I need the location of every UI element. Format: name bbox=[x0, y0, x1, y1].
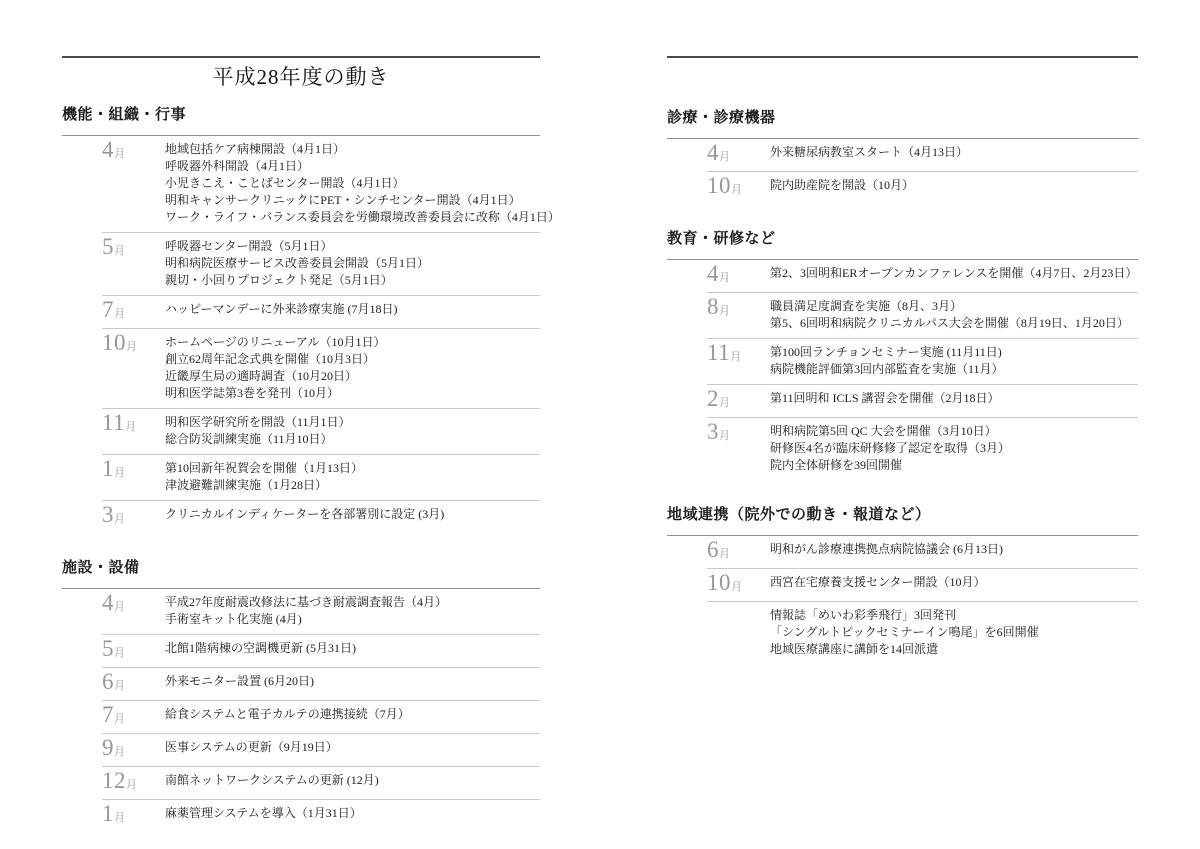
month-suffix: 月 bbox=[114, 467, 125, 479]
month-label: 2月 bbox=[707, 387, 770, 411]
month-suffix: 月 bbox=[719, 151, 730, 163]
month-number: 11 bbox=[707, 340, 730, 365]
event-list: 第11回明和 ICLS 講習会を開催（2月18日） bbox=[770, 390, 1138, 407]
month-label: 10月 bbox=[102, 331, 165, 355]
right-top-rule bbox=[667, 56, 1138, 58]
month-suffix: 月 bbox=[719, 548, 730, 560]
month-number: 9 bbox=[102, 735, 114, 760]
event-item: 北館1階病棟の空調機更新 (5月31日) bbox=[165, 640, 540, 657]
month-label: 10月 bbox=[707, 174, 770, 198]
month-group: 3月クリニカルインディケーターを各部署別に設定 (3月) bbox=[62, 501, 540, 533]
event-item: 創立62周年記念式典を開催（10月3日） bbox=[165, 351, 540, 368]
month-number: 4 bbox=[707, 261, 719, 286]
page-title: 平成28年度の動き bbox=[62, 64, 540, 90]
page: 平成28年度の動き 機能・組織・行事4月地域包括ケア病棟開設（4月1日）呼吸器外… bbox=[0, 0, 1200, 849]
month-label: 5月 bbox=[102, 235, 165, 259]
month-number: 4 bbox=[102, 590, 114, 615]
event-item: 小児きこえ・ことばセンター開設（4月1日） bbox=[165, 175, 540, 192]
event-item: 地域医療講座に講師を14回派遣 bbox=[770, 641, 1138, 658]
event-list: クリニカルインディケーターを各部署別に設定 (3月) bbox=[165, 506, 540, 523]
event-item: 南館ネットワークシステムの更新 (12月) bbox=[165, 772, 540, 789]
month-suffix: 月 bbox=[114, 148, 125, 160]
event-item: ハッピーマンデーに外来診療実施 (7月18日) bbox=[165, 301, 540, 318]
month-label: 11月 bbox=[707, 341, 770, 365]
event-item: 明和病院第5回 QC 大会を開催（3月10日） bbox=[770, 423, 1138, 440]
month-number: 7 bbox=[102, 702, 114, 727]
month-number: 6 bbox=[707, 537, 719, 562]
month-group: 4月第2、3回明和ERオープンカンファレンスを開催（4月7日、2月23日） bbox=[667, 260, 1138, 292]
month-number: 1 bbox=[102, 456, 114, 481]
section-heading: 診療・診療機器 bbox=[667, 108, 1138, 128]
event-list: 情報誌「めいわ彩季飛行」3回発刊「シングルトピックセミナーイン鳴尾」を6回開催地… bbox=[770, 607, 1138, 658]
event-item: 病院機能評価第3回内部監査を実施（11月） bbox=[770, 361, 1138, 378]
section: 機能・組織・行事4月地域包括ケア病棟開設（4月1日）呼吸器外科開設（4月1日）小… bbox=[62, 105, 540, 533]
month-number: 11 bbox=[102, 410, 125, 435]
event-item: 「シングルトピックセミナーイン鳴尾」を6回開催 bbox=[770, 624, 1138, 641]
right-column: 診療・診療機器4月外来糖尿病教室スタート（4月13日）10月院内助産院を開設（1… bbox=[667, 56, 1138, 664]
event-list: 医事システムの更新（9月19日） bbox=[165, 739, 540, 756]
event-item: 明和がん診療連携拠点病院協議会 (6月13日) bbox=[770, 541, 1138, 558]
month-label: 4月 bbox=[102, 138, 165, 162]
event-list: 明和病院第5回 QC 大会を開催（3月10日）研修医4名が臨床研修修了認定を取得… bbox=[770, 423, 1138, 474]
section-heading: 施設・設備 bbox=[62, 558, 540, 578]
month-number: 5 bbox=[102, 636, 114, 661]
left-sections: 機能・組織・行事4月地域包括ケア病棟開設（4月1日）呼吸器外科開設（4月1日）小… bbox=[62, 105, 540, 832]
month-number: 10 bbox=[102, 330, 126, 355]
month-suffix: 月 bbox=[719, 430, 730, 442]
event-list: 外来糖尿病教室スタート（4月13日） bbox=[770, 144, 1138, 161]
month-label: 7月 bbox=[102, 703, 165, 727]
event-item: 職員満足度調査を実施（8月、3月） bbox=[770, 298, 1138, 315]
event-item: 院内全体研修を39回開催 bbox=[770, 457, 1138, 474]
month-label: 7月 bbox=[102, 298, 165, 322]
left-top-rule bbox=[62, 56, 540, 58]
event-item: 麻薬管理システムを導入（1月31日） bbox=[165, 805, 540, 822]
month-label: 4月 bbox=[707, 262, 770, 286]
event-item: クリニカルインディケーターを各部署別に設定 (3月) bbox=[165, 506, 540, 523]
event-item: 給食システムと電子カルテの連携接続（7月） bbox=[165, 706, 540, 723]
month-label: 5月 bbox=[102, 637, 165, 661]
month-number: 12 bbox=[102, 768, 126, 793]
month-group: 6月明和がん診療連携拠点病院協議会 (6月13日) bbox=[667, 536, 1138, 568]
month-label: 6月 bbox=[707, 538, 770, 562]
section-heading: 地域連携（院外での動き・報道など） bbox=[667, 505, 1138, 525]
month-number: 3 bbox=[102, 502, 114, 527]
month-group: 情報誌「めいわ彩季飛行」3回発刊「シングルトピックセミナーイン鳴尾」を6回開催地… bbox=[667, 602, 1138, 664]
month-suffix: 月 bbox=[114, 812, 125, 824]
month-group: 4月外来糖尿病教室スタート（4月13日） bbox=[667, 139, 1138, 171]
event-item: ホームページのリニューアル（10月1日） bbox=[165, 334, 540, 351]
month-label: 3月 bbox=[102, 503, 165, 527]
event-list: 平成27年度耐震改修法に基づき耐震調査報告（4月）手術室キット化実施 (4月) bbox=[165, 594, 540, 628]
event-item: 平成27年度耐震改修法に基づき耐震調査報告（4月） bbox=[165, 594, 540, 611]
event-item: 明和病院医療サービス改善委員会開設（5月1日） bbox=[165, 255, 540, 272]
event-list: ホームページのリニューアル（10月1日）創立62周年記念式典を開催（10月3日）… bbox=[165, 334, 540, 402]
event-list: 第2、3回明和ERオープンカンファレンスを開催（4月7日、2月23日） bbox=[770, 265, 1138, 282]
event-item: 第5、6回明和病院クリニカルパス大会を開催（8月19日、1月20日） bbox=[770, 315, 1138, 332]
event-item: 明和医学誌第3巻を発刊（10月） bbox=[165, 385, 540, 402]
event-item: 地域包括ケア病棟開設（4月1日） bbox=[165, 141, 540, 158]
month-group: 5月呼吸器センター開設（5月1日）明和病院医療サービス改善委員会開設（5月1日）… bbox=[62, 233, 540, 295]
month-suffix: 月 bbox=[126, 779, 137, 791]
month-label: 1月 bbox=[102, 457, 165, 481]
month-suffix: 月 bbox=[125, 421, 136, 433]
event-item: 明和医学研究所を開設（11月1日） bbox=[165, 414, 540, 431]
month-group: 4月地域包括ケア病棟開設（4月1日）呼吸器外科開設（4月1日）小児きこえ・ことば… bbox=[62, 136, 540, 232]
month-suffix: 月 bbox=[114, 680, 125, 692]
event-list: 職員満足度調査を実施（8月、3月）第5、6回明和病院クリニカルパス大会を開催（8… bbox=[770, 298, 1138, 332]
month-group: 9月医事システムの更新（9月19日） bbox=[62, 734, 540, 766]
section-heading: 教育・研修など bbox=[667, 229, 1138, 249]
event-item: 総合防災訓練実施（11月10日） bbox=[165, 431, 540, 448]
month-group: 7月給食システムと電子カルテの連携接続（7月） bbox=[62, 701, 540, 733]
event-list: ハッピーマンデーに外来診療実施 (7月18日) bbox=[165, 301, 540, 318]
month-label: 4月 bbox=[707, 141, 770, 165]
month-label: 1月 bbox=[102, 802, 165, 826]
month-number: 2 bbox=[707, 386, 719, 411]
event-list: 第10回新年祝賀会を開催（1月13日）津波避難訓練実施（1月28日） bbox=[165, 460, 540, 494]
event-list: 西宮在宅療養支援センター開設（10月） bbox=[770, 574, 1138, 591]
event-list: 南館ネットワークシステムの更新 (12月) bbox=[165, 772, 540, 789]
month-label: 10月 bbox=[707, 571, 770, 595]
section-heading: 機能・組織・行事 bbox=[62, 105, 540, 125]
month-suffix: 月 bbox=[719, 305, 730, 317]
month-number: 1 bbox=[102, 801, 114, 826]
event-item: 第10回新年祝賀会を開催（1月13日） bbox=[165, 460, 540, 477]
month-suffix: 月 bbox=[719, 272, 730, 284]
section: 診療・診療機器4月外来糖尿病教室スタート（4月13日）10月院内助産院を開設（1… bbox=[667, 108, 1138, 204]
event-item: 津波避難訓練実施（1月28日） bbox=[165, 477, 540, 494]
month-suffix: 月 bbox=[114, 601, 125, 613]
month-group: 7月ハッピーマンデーに外来診療実施 (7月18日) bbox=[62, 296, 540, 328]
month-suffix: 月 bbox=[114, 713, 125, 725]
event-item: 親切・小回りプロジェクト発足（5月1日） bbox=[165, 272, 540, 289]
event-list: 院内助産院を開設（10月） bbox=[770, 177, 1138, 194]
event-item: 第100回ランチョンセミナー実施 (11月11日) bbox=[770, 344, 1138, 361]
event-item: 手術室キット化実施 (4月) bbox=[165, 611, 540, 628]
month-suffix: 月 bbox=[719, 397, 730, 409]
month-suffix: 月 bbox=[114, 308, 125, 320]
month-number: 4 bbox=[102, 137, 114, 162]
month-group: 11月明和医学研究所を開設（11月1日）総合防災訓練実施（11月10日） bbox=[62, 409, 540, 454]
month-label: 6月 bbox=[102, 670, 165, 694]
month-number: 10 bbox=[707, 570, 731, 595]
month-suffix: 月 bbox=[731, 184, 742, 196]
month-group: 3月明和病院第5回 QC 大会を開催（3月10日）研修医4名が臨床研修修了認定を… bbox=[667, 418, 1138, 480]
section: 施設・設備4月平成27年度耐震改修法に基づき耐震調査報告（4月）手術室キット化実… bbox=[62, 558, 540, 832]
month-label: 11月 bbox=[102, 411, 165, 435]
event-item: 呼吸器外科開設（4月1日） bbox=[165, 158, 540, 175]
event-item: 西宮在宅療養支援センター開設（10月） bbox=[770, 574, 1138, 591]
month-suffix: 月 bbox=[730, 351, 741, 363]
month-number: 6 bbox=[102, 669, 114, 694]
month-group: 10月ホームページのリニューアル（10月1日）創立62周年記念式典を開催（10月… bbox=[62, 329, 540, 408]
event-item: 第11回明和 ICLS 講習会を開催（2月18日） bbox=[770, 390, 1138, 407]
event-list: 北館1階病棟の空調機更新 (5月31日) bbox=[165, 640, 540, 657]
section: 教育・研修など4月第2、3回明和ERオープンカンファレンスを開催（4月7日、2月… bbox=[667, 229, 1138, 480]
event-list: 麻薬管理システムを導入（1月31日） bbox=[165, 805, 540, 822]
month-label: 9月 bbox=[102, 736, 165, 760]
event-item: 医事システムの更新（9月19日） bbox=[165, 739, 540, 756]
section: 地域連携（院外での動き・報道など）6月明和がん診療連携拠点病院協議会 (6月13… bbox=[667, 505, 1138, 664]
month-group: 1月麻薬管理システムを導入（1月31日） bbox=[62, 800, 540, 832]
month-group: 4月平成27年度耐震改修法に基づき耐震調査報告（4月）手術室キット化実施 (4月… bbox=[62, 589, 540, 634]
month-number: 4 bbox=[707, 140, 719, 165]
month-suffix: 月 bbox=[114, 746, 125, 758]
month-group: 5月北館1階病棟の空調機更新 (5月31日) bbox=[62, 635, 540, 667]
event-item: 情報誌「めいわ彩季飛行」3回発刊 bbox=[770, 607, 1138, 624]
event-list: 外来モニター設置 (6月20日) bbox=[165, 673, 540, 690]
event-list: 地域包括ケア病棟開設（4月1日）呼吸器外科開設（4月1日）小児きこえ・ことばセン… bbox=[165, 141, 540, 226]
month-suffix: 月 bbox=[114, 513, 125, 525]
event-item: 呼吸器センター開設（5月1日） bbox=[165, 238, 540, 255]
event-item: 明和キャンサークリニックにPET・シンチセンター開設（4月1日） bbox=[165, 192, 540, 209]
month-number: 10 bbox=[707, 173, 731, 198]
month-number: 7 bbox=[102, 297, 114, 322]
month-group: 10月院内助産院を開設（10月） bbox=[667, 172, 1138, 204]
month-group: 10月西宮在宅療養支援センター開設（10月） bbox=[667, 569, 1138, 601]
event-list: 明和医学研究所を開設（11月1日）総合防災訓練実施（11月10日） bbox=[165, 414, 540, 448]
event-item: 外来モニター設置 (6月20日) bbox=[165, 673, 540, 690]
left-column: 平成28年度の動き 機能・組織・行事4月地域包括ケア病棟開設（4月1日）呼吸器外… bbox=[62, 56, 540, 832]
month-suffix: 月 bbox=[114, 245, 125, 257]
month-group: 11月第100回ランチョンセミナー実施 (11月11日)病院機能評価第3回内部監… bbox=[667, 339, 1138, 384]
month-label: 12月 bbox=[102, 769, 165, 793]
month-number: 8 bbox=[707, 294, 719, 319]
event-item: ワーク・ライフ・バランス委員会を労働環境改善委員会に改称（4月1日） bbox=[165, 209, 540, 226]
month-label: 3月 bbox=[707, 420, 770, 444]
month-number: 5 bbox=[102, 234, 114, 259]
event-list: 給食システムと電子カルテの連携接続（7月） bbox=[165, 706, 540, 723]
month-group: 1月第10回新年祝賀会を開催（1月13日）津波避難訓練実施（1月28日） bbox=[62, 455, 540, 500]
right-sections: 診療・診療機器4月外来糖尿病教室スタート（4月13日）10月院内助産院を開設（1… bbox=[667, 108, 1138, 664]
event-item: 外来糖尿病教室スタート（4月13日） bbox=[770, 144, 1138, 161]
event-item: 第2、3回明和ERオープンカンファレンスを開催（4月7日、2月23日） bbox=[770, 265, 1138, 282]
month-group: 2月第11回明和 ICLS 講習会を開催（2月18日） bbox=[667, 385, 1138, 417]
event-item: 近畿厚生局の適時調査（10月20日） bbox=[165, 368, 540, 385]
event-item: 研修医4名が臨床研修修了認定を取得（3月） bbox=[770, 440, 1138, 457]
month-group: 8月職員満足度調査を実施（8月、3月）第5、6回明和病院クリニカルパス大会を開催… bbox=[667, 293, 1138, 338]
month-label: 4月 bbox=[102, 591, 165, 615]
month-suffix: 月 bbox=[126, 341, 137, 353]
month-group: 12月南館ネットワークシステムの更新 (12月) bbox=[62, 767, 540, 799]
month-label: 8月 bbox=[707, 295, 770, 319]
month-suffix: 月 bbox=[731, 581, 742, 593]
month-suffix: 月 bbox=[114, 647, 125, 659]
event-item: 院内助産院を開設（10月） bbox=[770, 177, 1138, 194]
month-number: 3 bbox=[707, 419, 719, 444]
month-group: 6月外来モニター設置 (6月20日) bbox=[62, 668, 540, 700]
event-list: 呼吸器センター開設（5月1日）明和病院医療サービス改善委員会開設（5月1日）親切… bbox=[165, 238, 540, 289]
event-list: 第100回ランチョンセミナー実施 (11月11日)病院機能評価第3回内部監査を実… bbox=[770, 344, 1138, 378]
event-list: 明和がん診療連携拠点病院協議会 (6月13日) bbox=[770, 541, 1138, 558]
